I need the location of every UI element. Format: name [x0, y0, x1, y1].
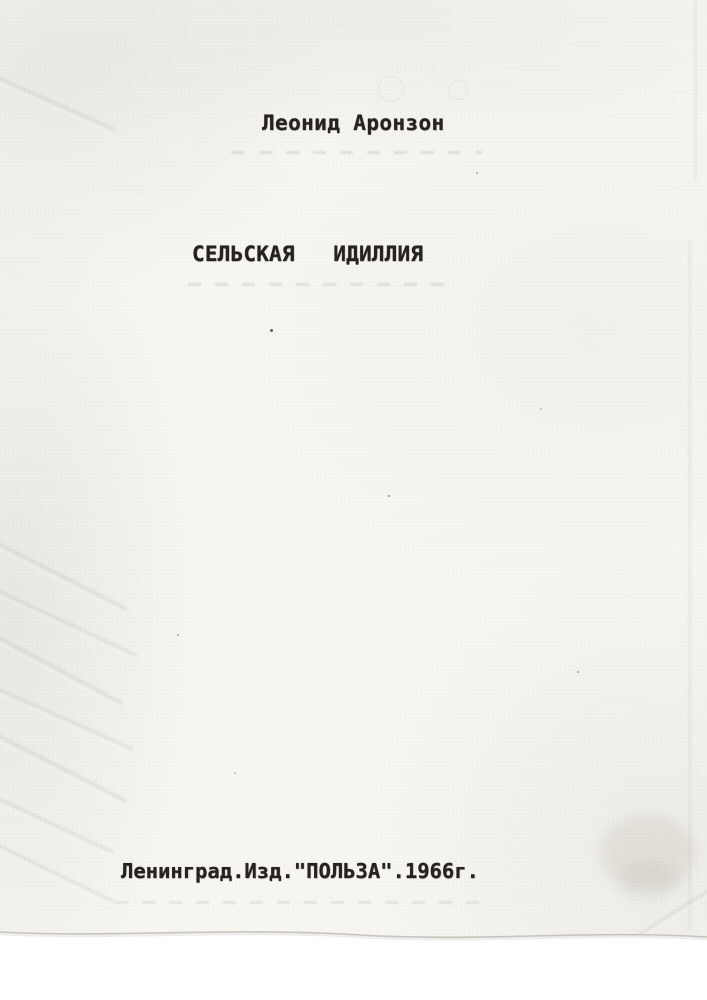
paper-stain	[448, 80, 468, 100]
dust-speck	[577, 671, 579, 673]
page-bottom-edge	[0, 918, 707, 1000]
paper-crease	[0, 577, 138, 660]
paper-sheet: Леонид Аронзон СЕЛЬСКАЯ ИДИЛЛИЯ Ленингра…	[0, 0, 707, 940]
paper-stain	[600, 815, 695, 890]
dust-speck	[270, 329, 273, 332]
bleedthrough-line	[188, 283, 450, 286]
bleedthrough-line	[232, 151, 482, 154]
paper-crease	[688, 240, 694, 930]
imprint-line: Ленинград.Изд."ПОЛЬЗА".1966г.	[121, 861, 479, 882]
paper-crease	[0, 66, 115, 135]
dust-speck	[540, 408, 542, 410]
bleedthrough-line	[115, 901, 490, 904]
paper-crease	[0, 534, 128, 615]
dust-speck	[234, 772, 236, 774]
paper-crease	[0, 630, 123, 708]
paper-crease	[0, 678, 134, 754]
dust-speck	[476, 172, 478, 174]
scanned-title-page: Леонид Аронзон СЕЛЬСКАЯ ИДИЛЛИЯ Ленингра…	[0, 0, 707, 1000]
dust-speck	[177, 634, 179, 636]
paper-crease	[0, 787, 115, 858]
paper-stain	[620, 860, 680, 900]
paper-stain	[378, 76, 404, 102]
author-line: Леонид Аронзон	[262, 113, 445, 134]
dust-speck	[388, 495, 390, 497]
paper-crease	[0, 726, 128, 807]
paper-crease	[0, 838, 115, 907]
title-line: СЕЛЬСКАЯ ИДИЛЛИЯ	[192, 244, 423, 265]
paper-crease	[694, 0, 699, 180]
